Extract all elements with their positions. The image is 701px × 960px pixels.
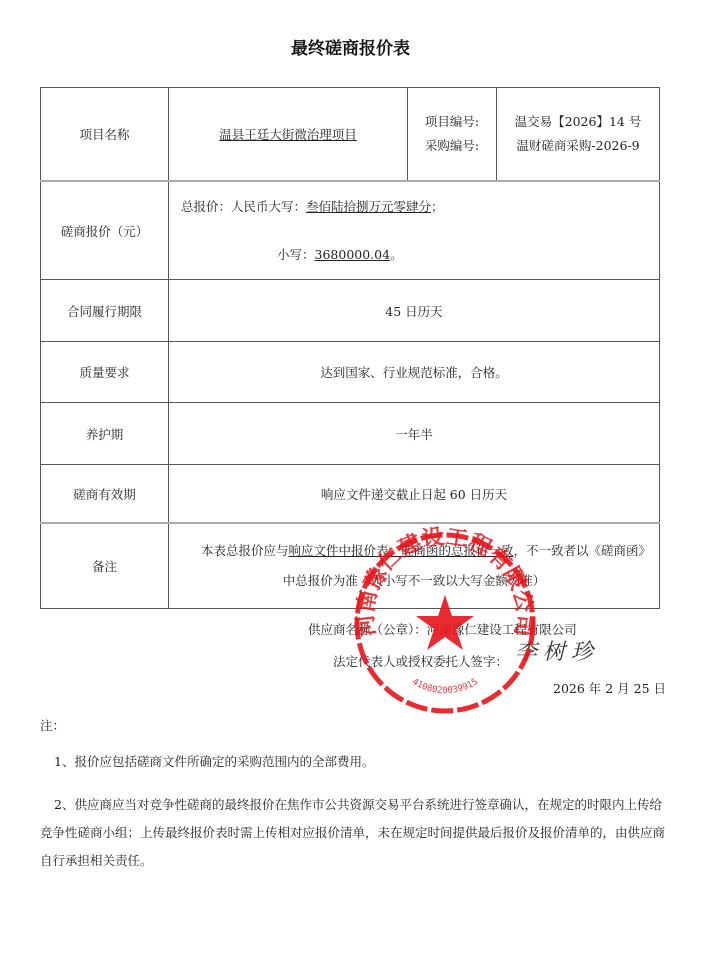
row-price: 磋商报价（元） 总报价：人民币大写：叁佰陆拾捌万元零肆分； 小写：3680000… — [41, 181, 660, 280]
sign-date: 2026 年 2 月 25 日 — [553, 679, 666, 697]
price-total-prefix: 总报价：人民币大写： — [181, 199, 306, 214]
price-small-prefix: 小写： — [277, 247, 315, 262]
price-small-line: 小写：3680000.04。 — [169, 245, 659, 265]
price-total-capital: 叁佰陆拾捌万元零肆分 — [306, 199, 431, 214]
representative-line: 法定代表人或授权委托人签字： — [333, 652, 508, 670]
price-total-line: 总报价：人民币大写：叁佰陆拾捌万元零肆分； — [169, 197, 659, 217]
row-validity: 磋商有效期 响应文件递交截止日起 60 日历天 — [41, 465, 660, 524]
validity-label: 磋商有效期 — [41, 465, 169, 524]
project-no-value: 温交易【2026】14 号 — [497, 110, 659, 134]
svg-text:4108020039915: 4108020039915 — [410, 677, 480, 696]
price-small-suffix: 。 — [390, 247, 403, 262]
duration-label: 合同履行期限 — [41, 280, 169, 342]
representative-label: 法定代表人或授权委托人签字： — [333, 654, 508, 669]
remark-value: 本表总报价应与响应文件中报价表、磋商函的总报价一致，不一致者以《磋商函》 中总报… — [169, 523, 660, 609]
document-title: 最终磋商报价表 — [0, 34, 701, 59]
maintenance-label: 养护期 — [41, 403, 169, 465]
project-name-value: 温县王廷大街微治理项目 — [169, 88, 408, 182]
price-total-suffix: ； — [431, 199, 444, 214]
quote-table: 项目名称 温县王廷大街微治理项目 项目编号: 采购编号: 温交易【2026】14… — [40, 87, 660, 609]
price-small-value: 3680000.04 — [315, 247, 391, 262]
project-no-label: 项目编号: — [408, 110, 496, 134]
validity-value: 响应文件递交截止日起 60 日历天 — [169, 465, 660, 524]
project-no-labels: 项目编号: 采购编号: — [408, 88, 497, 182]
duration-value: 45 日历天 — [169, 280, 660, 342]
seal-serial: 4108020039915 — [410, 677, 480, 696]
supplier-label: 供应商名称（公章）： — [308, 622, 427, 637]
handwritten-signature: 李树珍 — [515, 635, 599, 666]
note-item-1: 1、报价应包括磋商文件所确定的采购范围内的全部费用。 — [40, 748, 665, 776]
row-maintenance: 养护期 一年半 — [41, 403, 660, 465]
notes-heading: 注： — [40, 712, 665, 740]
row-project: 项目名称 温县王廷大街微治理项目 项目编号: 采购编号: 温交易【2026】14… — [41, 88, 660, 182]
maintenance-value: 一年半 — [169, 403, 660, 465]
remark-part-2: 响应文件中报价表、磋商函的总报价一致 — [288, 543, 513, 558]
remark-line-1: 本表总报价应与响应文件中报价表、磋商函的总报价一致，不一致者以《磋商函》 — [169, 536, 659, 566]
row-quality: 质量要求 达到国家、行业规范标准，合格。 — [41, 342, 660, 403]
row-remark: 备注 本表总报价应与响应文件中报价表、磋商函的总报价一致，不一致者以《磋商函》 … — [41, 523, 660, 609]
remark-part-3: ，不一致者以《磋商函》 — [514, 543, 652, 558]
remark-part-1: 本表总报价应与 — [201, 543, 289, 558]
row-duration: 合同履行期限 45 日历天 — [41, 280, 660, 342]
project-name-label: 项目名称 — [41, 88, 169, 182]
quality-label: 质量要求 — [41, 342, 169, 403]
quality-value: 达到国家、行业规范标准，合格。 — [169, 342, 660, 403]
project-no-values: 温交易【2026】14 号 温财磋商采购-2026-9 — [497, 88, 660, 182]
price-value: 总报价：人民币大写：叁佰陆拾捌万元零肆分； 小写：3680000.04。 — [169, 181, 660, 280]
remark-label: 备注 — [41, 523, 169, 609]
purchase-no-label: 采购编号: — [408, 134, 496, 158]
price-label: 磋商报价（元） — [41, 181, 169, 280]
remark-line-2: 中总报价为准（大小写不一致以大写金额为准） — [169, 566, 659, 596]
note-item-2: 2、供应商应当对竞争性磋商的最终报价在焦作市公共资源交易平台系统进行签章确认，在… — [40, 791, 665, 875]
purchase-no-value: 温财磋商采购-2026-9 — [497, 134, 659, 158]
